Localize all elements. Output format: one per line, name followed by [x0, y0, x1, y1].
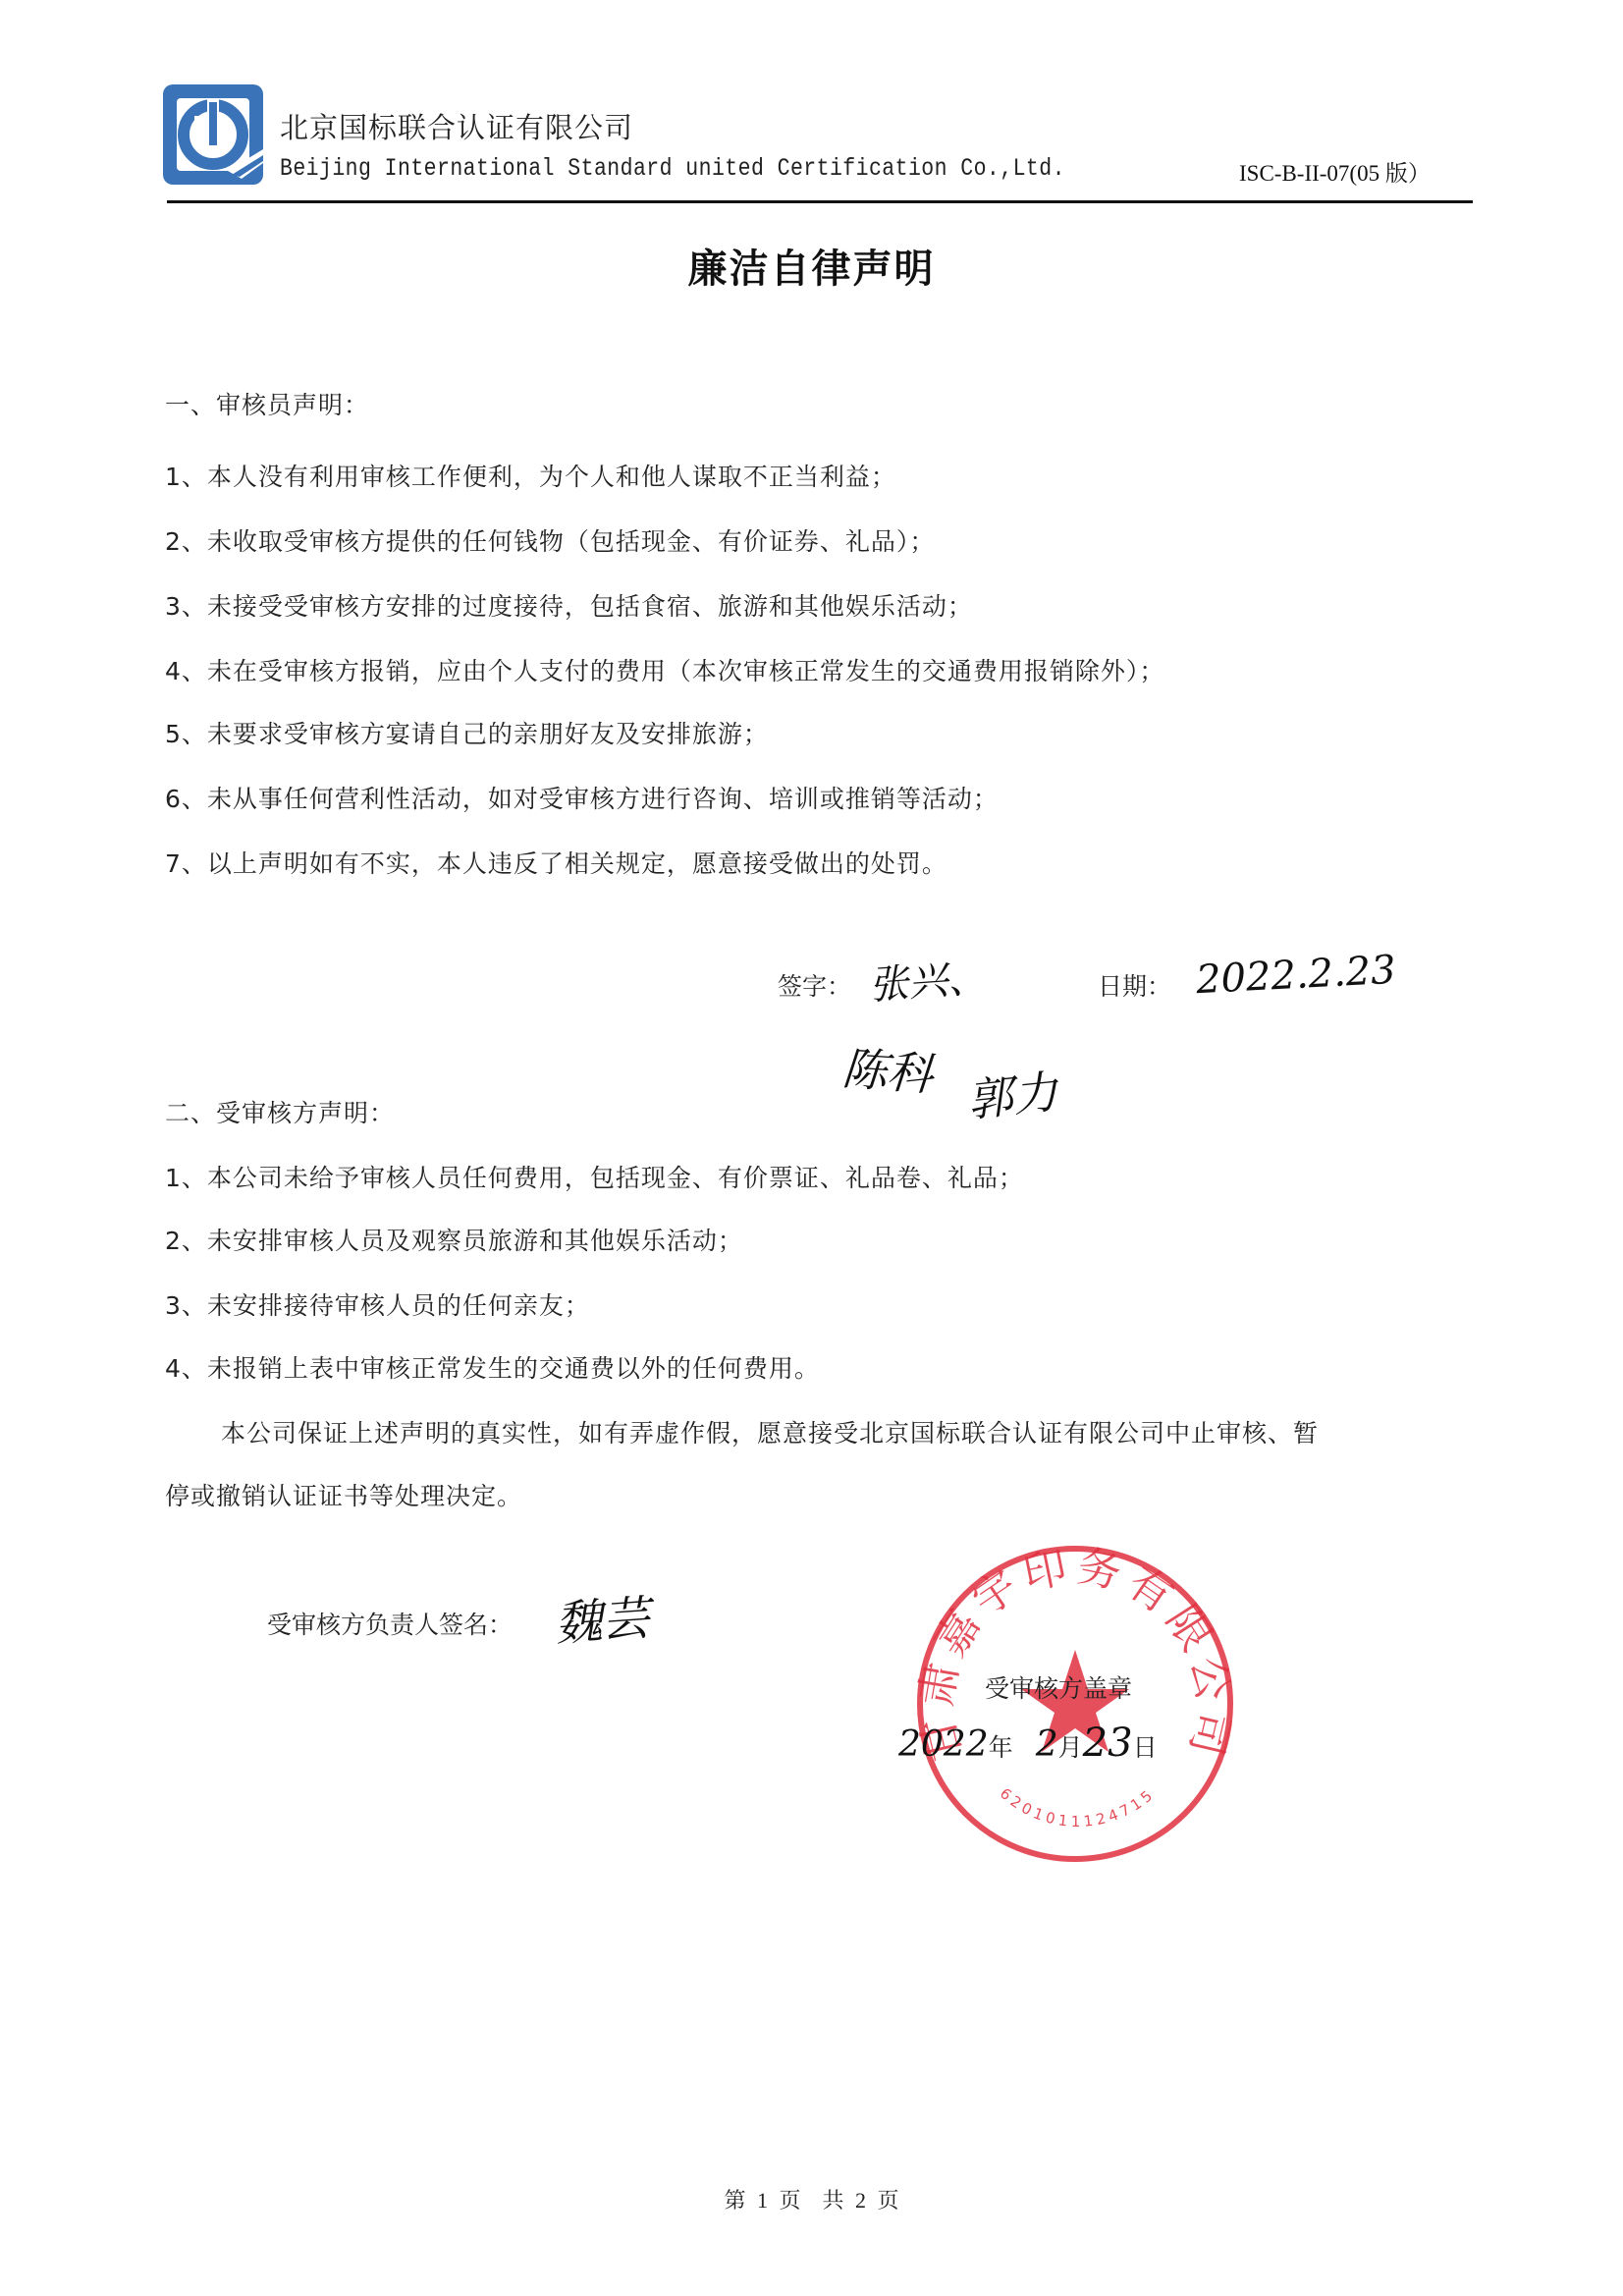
section1-item: 1、本人没有利用审核工作便利，为个人和他人谋取不正当利益； — [165, 458, 896, 493]
seal-date: 2022年 2月23日 — [898, 1721, 1158, 1766]
auditor-date: 2022.2.23 — [1195, 948, 1397, 1004]
section1-item: 7、以上声明如有不实，本人违反了相关规定，愿意接受做出的处罚。 — [165, 845, 947, 880]
section2-item: 4、未报销上表中审核正常发生的交通费以外的任何费用。 — [165, 1349, 820, 1385]
header-divider — [167, 200, 1473, 203]
page-number: 第 1 页 共 2 页 — [0, 2184, 1623, 2214]
guarantee-paragraph: 本公司保证上述声明的真实性，如有弄虚作假，愿意接受北京国标联合认证有限公司中止审… — [221, 1414, 1319, 1449]
seal-date-day-suffix: 日 — [1133, 1733, 1158, 1762]
section1-item: 3、未接受受审核方安排的过度接待，包括食宿、旅游和其他娱乐活动； — [165, 587, 973, 623]
company-name-cn: 北京国标联合认证有限公司 — [280, 106, 633, 146]
seal-label: 受审核方盖章 — [985, 1669, 1132, 1705]
guarantee-paragraph-cont: 停或撤销认证证书等处理决定。 — [165, 1477, 522, 1512]
seal-date-day: 23 — [1083, 1721, 1133, 1766]
bisc-logo-icon — [159, 81, 267, 189]
auditor-signature: 陈科 — [840, 1033, 935, 1104]
section2-item: 1、本公司未给予审核人员任何费用，包括现金、有价票证、礼品卷、礼品； — [165, 1159, 1024, 1194]
signature-label: 签字： — [778, 967, 851, 1003]
svg-text:6201011124715: 6201011124715 — [997, 1784, 1159, 1831]
responsible-signature: 魏芸 — [553, 1580, 652, 1655]
section2-heading: 二、受审核方声明： — [165, 1094, 395, 1129]
date-label: 日期： — [1098, 967, 1171, 1003]
responsible-signature-label: 受审核方负责人签名： — [267, 1606, 513, 1641]
seal-date-year-suffix: 年 — [989, 1733, 1013, 1762]
seal-date-month-suffix: 月 — [1058, 1733, 1083, 1762]
section1-item: 2、未收取受审核方提供的任何钱物（包括现金、有价证券、礼品）； — [165, 522, 935, 558]
company-name-en: Beijing International Standard united Ce… — [280, 154, 1065, 183]
section2-item: 2、未安排审核人员及观察员旅游和其他娱乐活动； — [165, 1222, 743, 1257]
section1-heading: 一、审核员声明： — [165, 386, 369, 421]
auditor-signature: 郭力 — [964, 1056, 1060, 1129]
section1-item: 4、未在受审核方报销，应由个人支付的费用（本次审核正常发生的交通费用报销除外）； — [165, 652, 1164, 687]
seal-date-month: 2 — [1036, 1724, 1058, 1765]
document-title: 廉洁自律声明 — [0, 238, 1623, 294]
section2-item: 3、未安排接待审核人员的任何亲友； — [165, 1286, 590, 1322]
seal-date-year: 2022 — [898, 1724, 989, 1765]
section1-item: 5、未要求受审核方宴请自己的亲朋好友及安排旅游； — [165, 715, 769, 750]
section1-item: 6、未从事任何营利性活动，如对受审核方进行咨询、培训或推销等活动； — [165, 780, 999, 815]
document-code: ISC-B-II-07(05 版） — [1239, 155, 1431, 188]
auditor-signature: 张兴、 — [867, 947, 989, 1011]
